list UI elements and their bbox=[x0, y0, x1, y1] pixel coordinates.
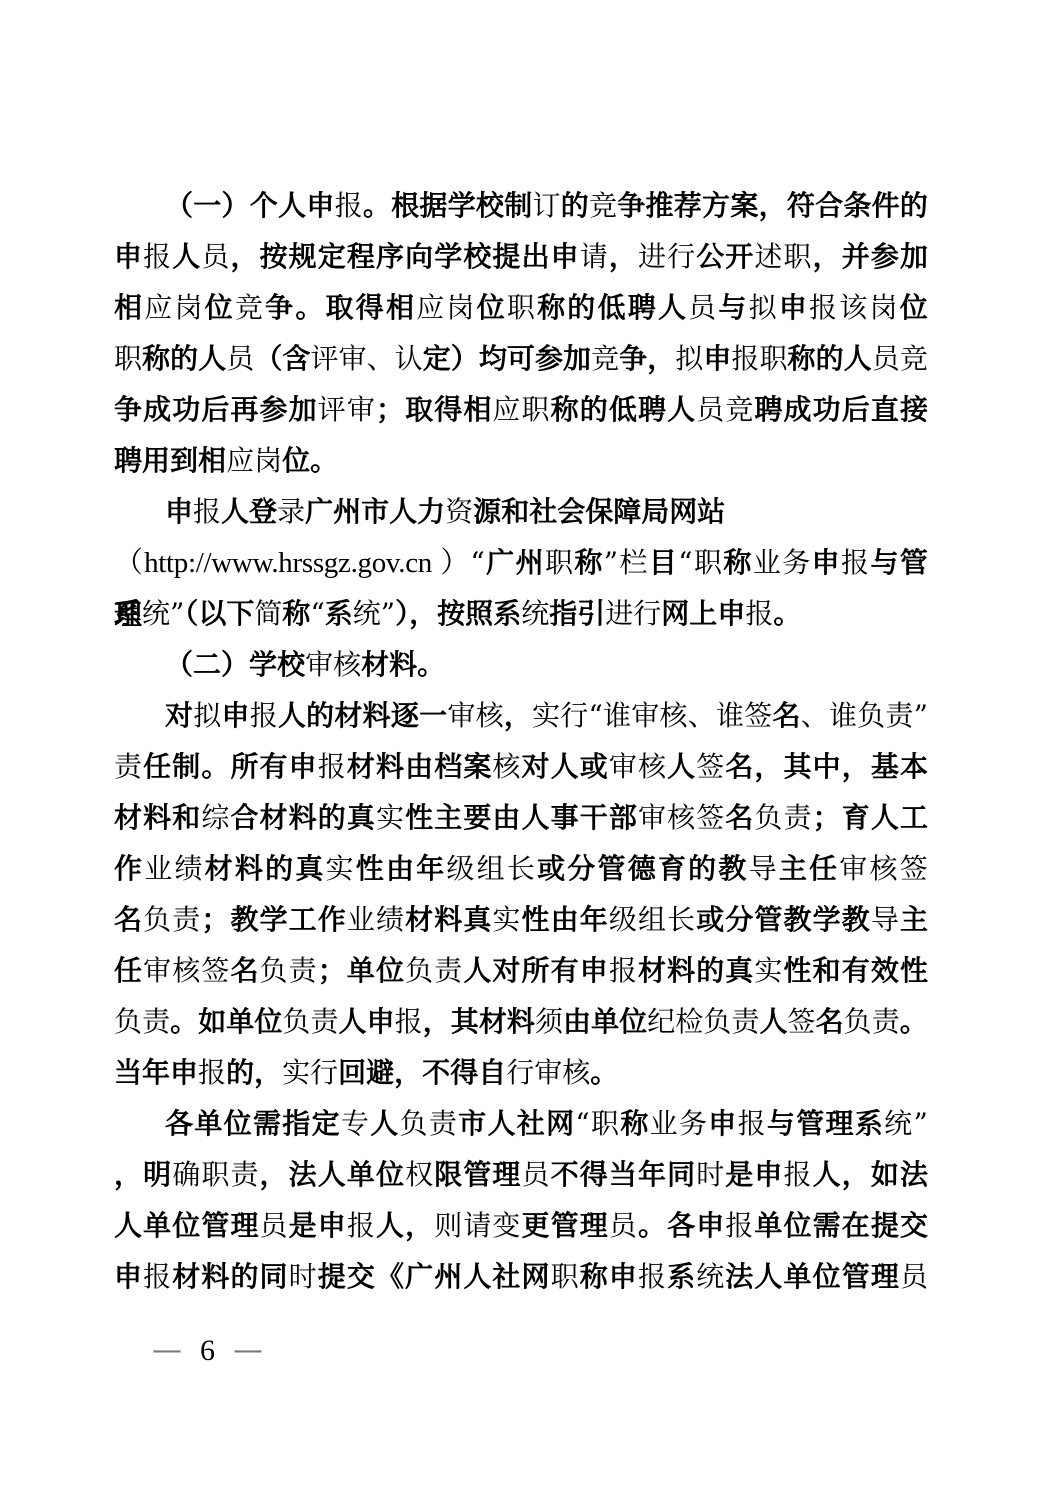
text-line: 任审核签名负责；单位负责人对所有申报材料的真实性和有效性 bbox=[114, 945, 928, 996]
text-line: （一）个人申报。根据学校制订的竞争推荐方案，符合条件的 bbox=[114, 180, 928, 231]
text-line: 相应岗位竞争。取得相应岗位职称的低聘人员与拟申报该岗位 bbox=[114, 282, 928, 333]
text-line: 人单位管理员是申报人，则请变更管理员。各申报单位需在提交 bbox=[114, 1200, 928, 1251]
text-line: 争成功后再参加评审；取得相应职称的低聘人员竞聘成功后直接 bbox=[114, 384, 928, 435]
text-line: （二）学校审核材料。 bbox=[114, 639, 928, 690]
text-line: 材料和综合材料的真实性主要由人事干部审核签名负责；育人工 bbox=[114, 792, 928, 843]
text-line: 各单位需指定专人负责市人社网“职称业务申报与管理系统” bbox=[114, 1098, 928, 1149]
text-line: 申报人员，按规定程序向学校提出申请，进行公开述职，并参加 bbox=[114, 231, 928, 282]
text-line: 系统”（以下简称“系统”），按照系统指引进行网上申报。 bbox=[114, 588, 928, 639]
text-line: 当年申报的，实行回避，不得自行审核。 bbox=[114, 1047, 928, 1098]
text-line: 申报材料的同时提交《广州人社网职称申报系统法人单位管理员 bbox=[114, 1251, 928, 1302]
text-line: 职称的人员（含评审、认定）均可参加竞争，拟申报职称的人员竞 bbox=[114, 333, 928, 384]
footer-dash-left: — bbox=[152, 1333, 182, 1368]
text-line: 申报人登录广州市人力资源和社会保障局网站 bbox=[114, 486, 928, 537]
url-text: （http://www.hrssgz.gov.cn ） bbox=[114, 547, 470, 579]
text-line: ，明确职责，法人单位权限管理员不得当年同时是申报人，如法 bbox=[114, 1149, 928, 1200]
text-line: 作业绩材料的真实性由年级组长或分管德育的教导主任审核签 bbox=[114, 843, 928, 894]
footer-dash-right: — bbox=[233, 1333, 263, 1368]
page-footer: —6— bbox=[152, 1332, 263, 1370]
text-line: 对拟申报人的材料逐一审核，实行“谁审核、谁签名、谁负责” bbox=[114, 690, 928, 741]
text-line: 聘用到相应岗位。 bbox=[114, 435, 928, 486]
document-body: （一）个人申报。根据学校制订的竞争推荐方案，符合条件的申报人员，按规定程序向学校… bbox=[114, 180, 928, 1302]
text-line: 负责。如单位负责人申报，其材料须由单位纪检负责人签名负责。 bbox=[114, 996, 928, 1047]
text-line: （http://www.hrssgz.gov.cn ）“广州职称”栏目“职称业务… bbox=[114, 537, 928, 588]
page-number: 6 bbox=[200, 1334, 215, 1367]
document-page: （一）个人申报。根据学校制订的竞争推荐方案，符合条件的申报人员，按规定程序向学校… bbox=[0, 0, 1058, 1497]
text-line: 责任制。所有申报材料由档案核对人或审核人签名，其中，基本 bbox=[114, 741, 928, 792]
text-line: 名负责；教学工作业绩材料真实性由年级组长或分管教学教导主 bbox=[114, 894, 928, 945]
